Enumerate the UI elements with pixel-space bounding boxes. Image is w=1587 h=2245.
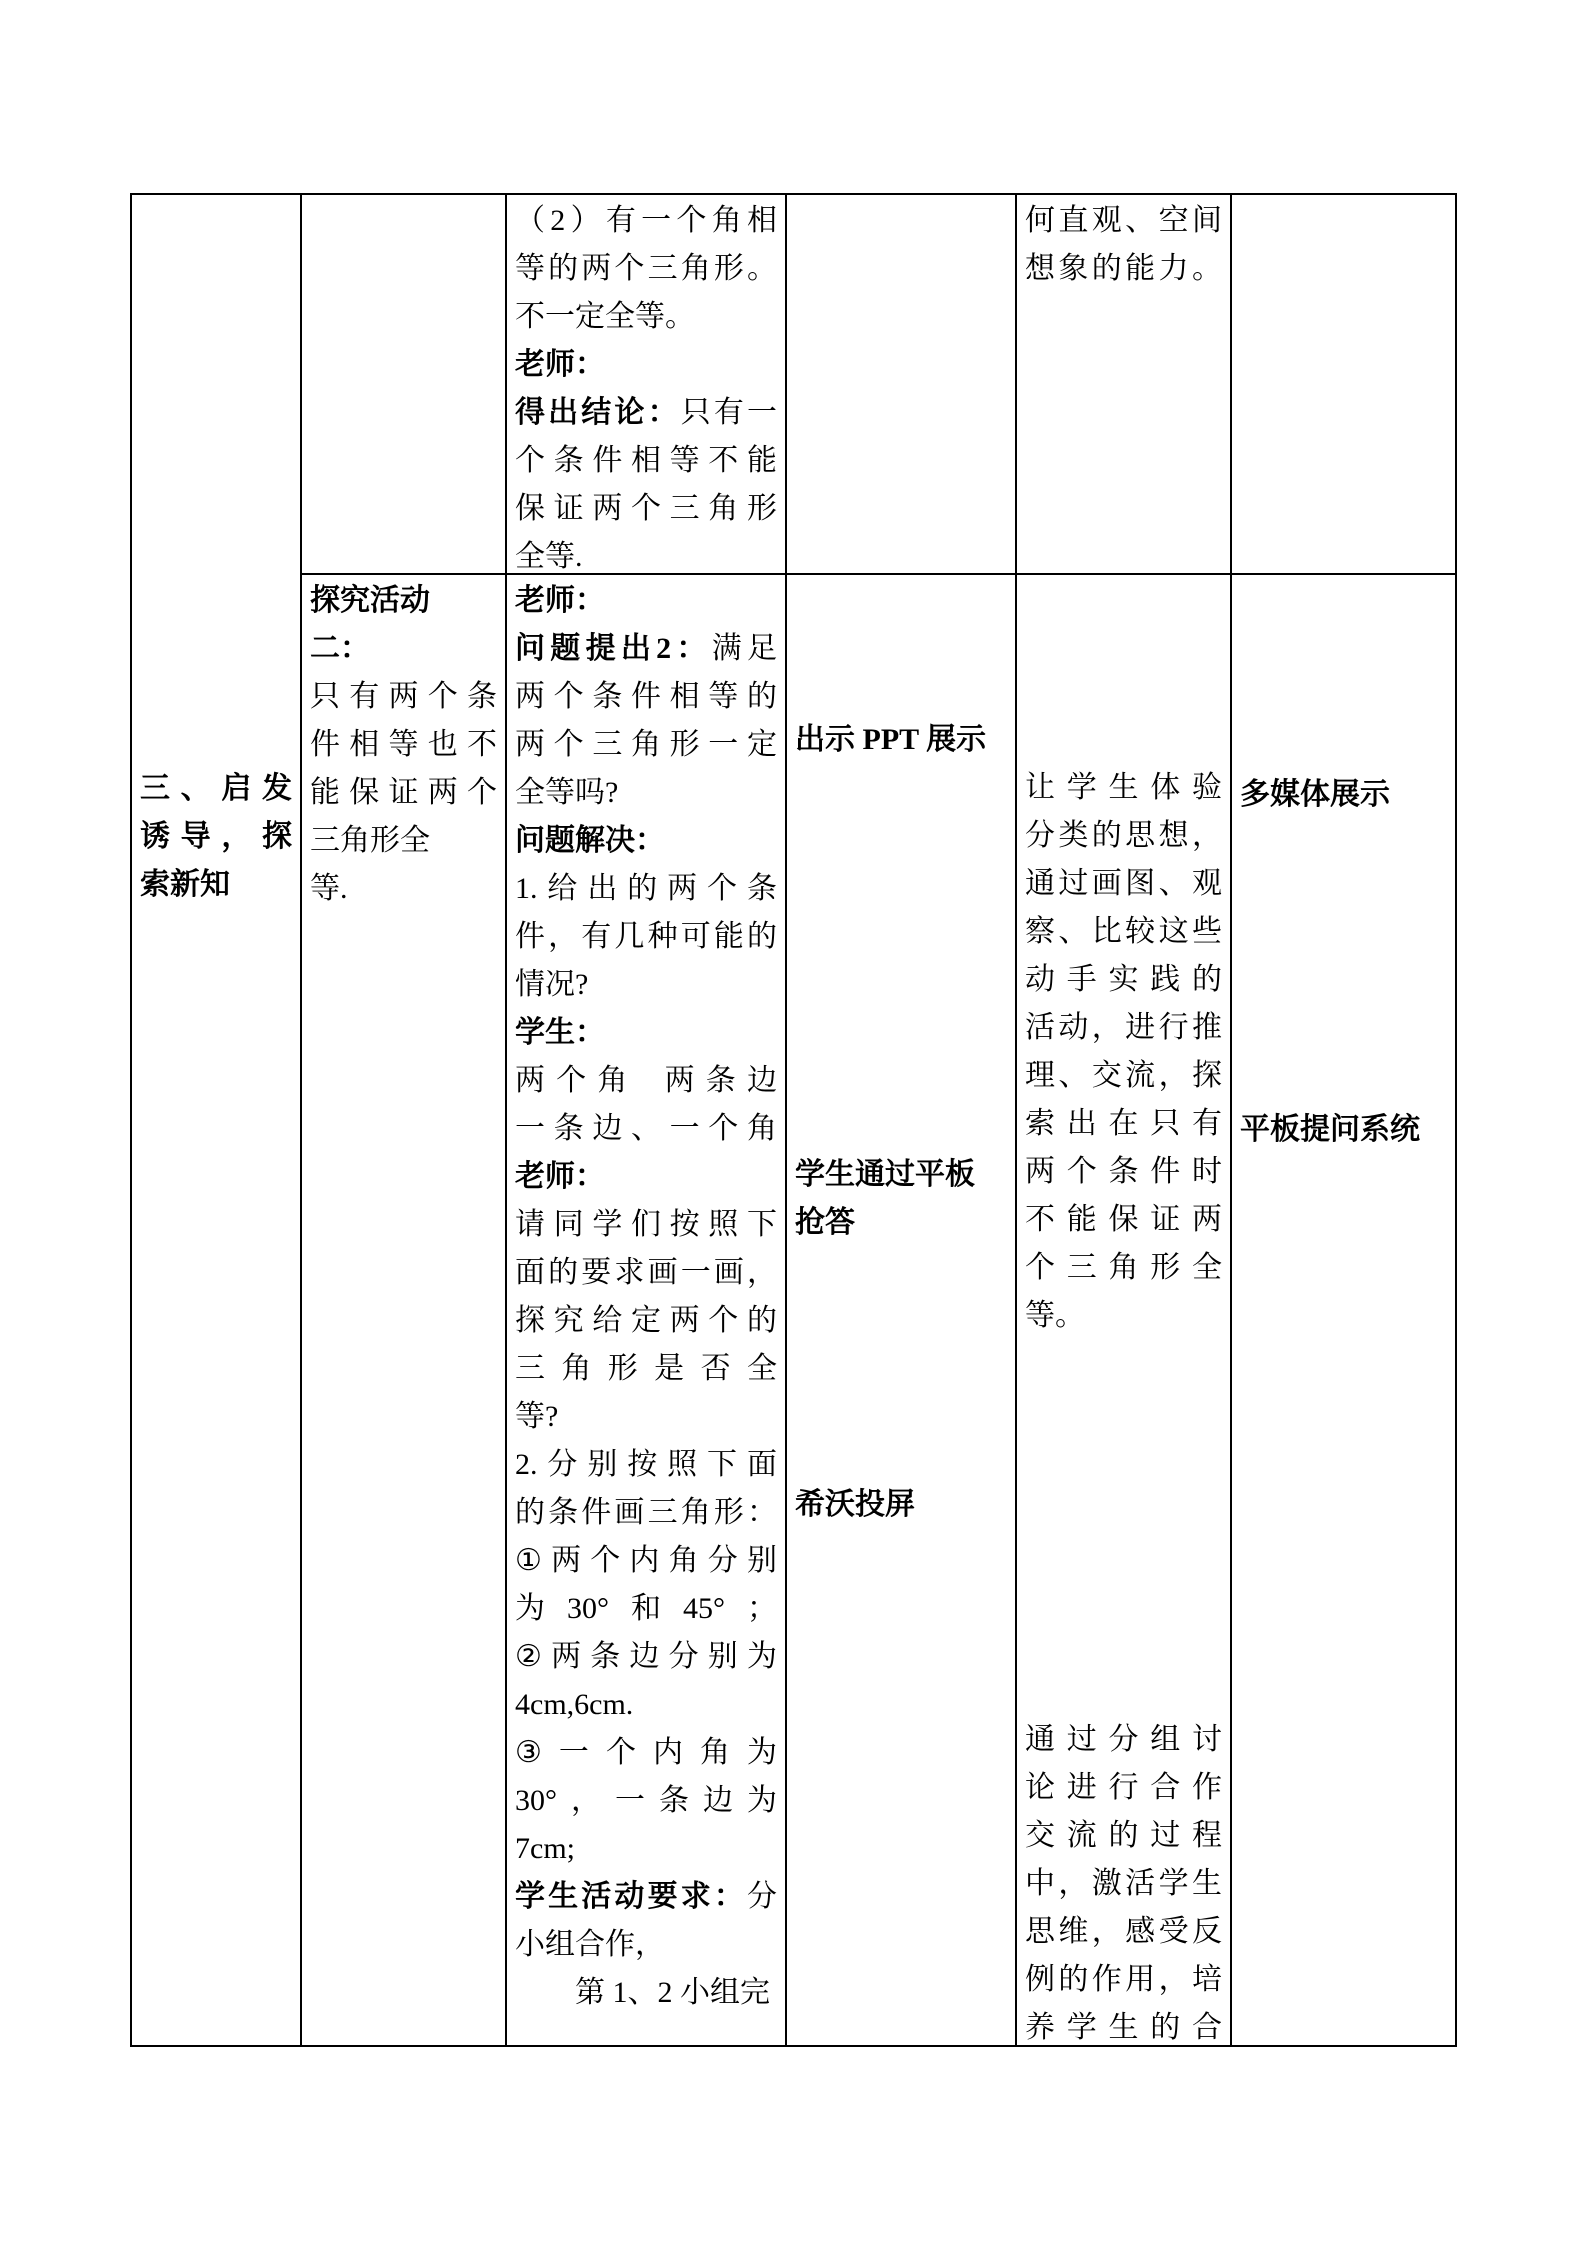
- stage-text: 三、启发诱导，探索新知: [140, 765, 292, 909]
- stage-cell: 三、启发诱导，探索新知: [132, 195, 302, 2045]
- tech-seewo-screencast-note: 希沃投屏: [795, 1481, 1007, 1529]
- document-page: 三、启发诱导，探索新知 （2）有一个角相等的两个三角形。不一定全等。老师：得出结…: [0, 0, 1587, 2245]
- tech-cell-row2: 出示 PPT 展示 学生通过平板抢答 希沃投屏: [787, 575, 1017, 2045]
- media-tablet-system-note: 平板提问系统: [1240, 1106, 1447, 1154]
- lesson-plan-table: 三、启发诱导，探索新知 （2）有一个角相等的两个三角形。不一定全等。老师：得出结…: [130, 193, 1457, 2047]
- media-multimedia-note: 多媒体展示: [1240, 771, 1447, 819]
- tech-ppt-note: 出示 PPT 展示: [795, 716, 1007, 764]
- media-cell-row1: [1232, 195, 1455, 575]
- intent-cell-row1: 何直观、空间想象的能力。: [1017, 195, 1232, 575]
- intent-paragraph-2: 通过分组讨论进行合作交流的过程中，激活学生思维，感受反例的作用，培养学生的合: [1025, 1716, 1222, 2045]
- activity-cell-row1: [302, 195, 507, 575]
- intent-cell-row2: 让学生体验分类的思想，通过画图、观察、比较这些动手实践的活动，进行推理、交流，探…: [1017, 575, 1232, 2045]
- intent-paragraph-1: 让学生体验分类的思想，通过画图、观察、比较这些动手实践的活动，进行推理、交流，探…: [1025, 764, 1222, 1340]
- activity-cell-row2: 探究活动二：只有两个条件相等也不能保证两个三角形全等.: [302, 575, 507, 2045]
- media-cell-row2: 多媒体展示 平板提问系统: [1232, 575, 1455, 2045]
- tech-tablet-answer-note: 学生通过平板抢答: [795, 1151, 1007, 1247]
- tech-cell-row1: [787, 195, 1017, 575]
- process-cell-row2: 老师：问题提出2：满足两个条件相等的两个三角形一定全等吗?问题解决：1.给出的两…: [507, 575, 787, 2045]
- process-cell-row1: （2）有一个角相等的两个三角形。不一定全等。老师：得出结论：只有一个条件相等不能…: [507, 195, 787, 575]
